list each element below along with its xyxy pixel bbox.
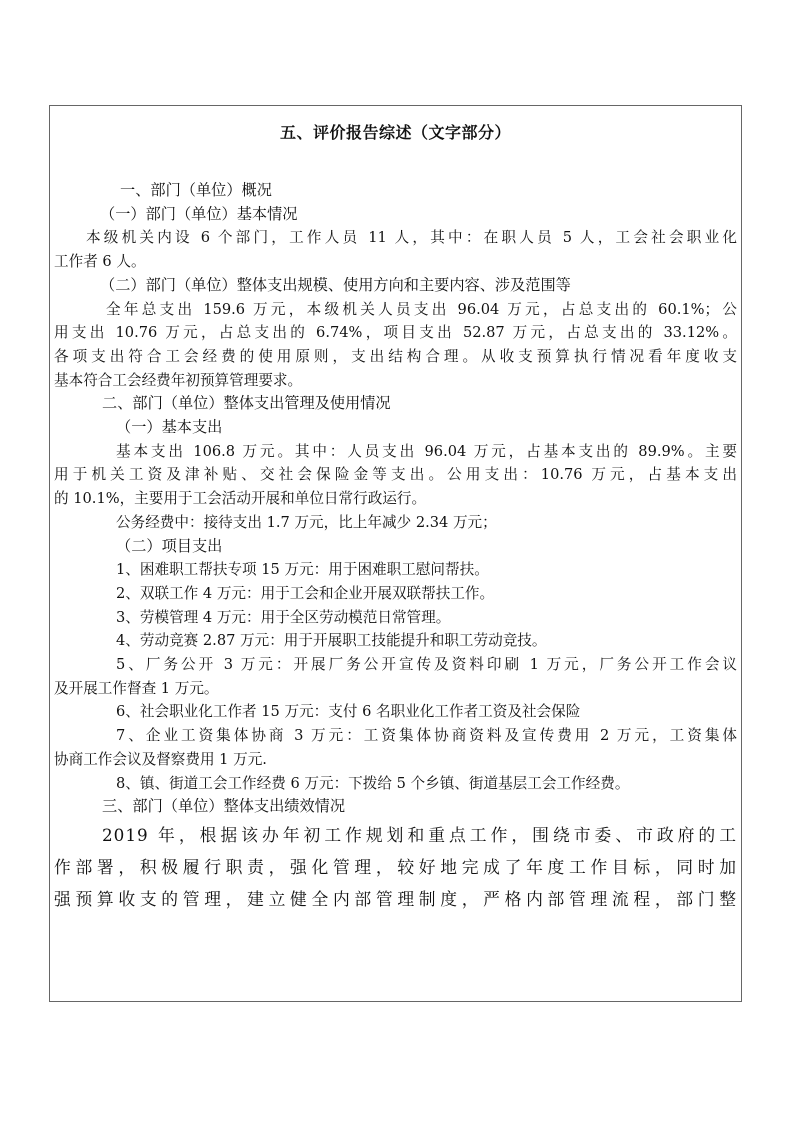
paragraph-line: 各项支出符合工会经费的使用原则，支出结构合理。从收支预算执行情况看年度收支 [54, 345, 737, 369]
paragraph-line: 强预算收支的管理，建立健全内部管理制度，严格内部管理流程，部门整 [54, 883, 737, 915]
paragraph-line: 基本支出 106.8 万元。其中：人员支出 96.04 万元，占基本支出的 89… [54, 440, 737, 464]
paragraph-line: 公务经费中：接待支出 1.7 万元，比上年减少 2.34 万元； [54, 511, 737, 535]
list-item: 1、困难职工帮扶专项 15 万元：用于困难职工慰问帮扶。 [54, 558, 737, 582]
list-item: 8、镇、街道工会工作经费 6 万元：下拨给 5 个乡镇、街道基层工会工作经费。 [54, 772, 737, 796]
list-item: 3、劳模管理 4 万元：用于全区劳动模范日常管理。 [54, 606, 737, 630]
paragraph-line: 工作者 6 人。 [54, 250, 737, 274]
subsection-heading-basic-info: （一）部门（单位）基本情况 [54, 203, 737, 227]
section-heading-management: 二、部门（单位）整体支出管理及使用情况 [54, 392, 737, 416]
page-title: 五、评价报告综述（文字部分） [50, 120, 741, 143]
paragraph-line: 用支出 10.76 万元，占总支出的 6.74%，项目支出 52.87 万元，占… [54, 321, 737, 345]
section-heading-overview: 一、部门（单位）概况 [54, 179, 737, 203]
list-item: 4、劳动竞赛 2.87 万元：用于开展职工技能提升和职工劳动竞技。 [54, 629, 737, 653]
list-item: 7、企业工资集体协商 3 万元：工资集体协商资料及宣传费用 2 万元，工资集体 [54, 724, 737, 748]
list-item-continuation: 及开展工作督查 1 万元。 [54, 677, 737, 701]
report-body: 一、部门（单位）概况 （一）部门（单位）基本情况 本级机关内设 6 个部门，工作… [50, 179, 741, 915]
paragraph-line: 作部署，积极履行职责，强化管理，较好地完成了年度工作目标，同时加 [54, 851, 737, 883]
paragraph-line: 基本符合工会经费年初预算管理要求。 [54, 369, 737, 393]
subsection-heading-basic-expenditure: （一）基本支出 [54, 416, 737, 440]
paragraph-line: 用于机关工资及津补贴、交社会保险金等支出。公用支出：10.76 万元，占基本支出 [54, 463, 737, 487]
list-item: 5、厂务公开 3 万元：开展厂务公开宣传及资料印刷 1 万元，厂务公开工作会议 [54, 653, 737, 677]
subsection-heading-project-expenditure: （二）项目支出 [54, 535, 737, 559]
list-item-continuation: 协商工作会议及督察费用 1 万元. [54, 748, 737, 772]
paragraph-line: 本级机关内设 6 个部门，工作人员 11 人，其中：在职人员 5 人，工会社会职… [54, 226, 737, 250]
subsection-heading-expenditure-scale: （二）部门（单位）整体支出规模、使用方向和主要内容、涉及范围等 [54, 274, 737, 298]
paragraph-line: 2019 年，根据该办年初工作规划和重点工作，围绕市委、市政府的工 [54, 819, 737, 851]
list-item: 2、双联工作 4 万元：用于工会和企业开展双联帮扶工作。 [54, 582, 737, 606]
paragraph-line: 全年总支出 159.6 万元，本级机关人员支出 96.04 万元，占总支出的 6… [54, 298, 737, 322]
section-heading-performance: 三、部门（单位）整体支出绩效情况 [54, 795, 737, 819]
list-item: 6、社会职业化工作者 15 万元：支付 6 名职业化工作者工资及社会保险 [54, 700, 737, 724]
report-summary-box: 五、评价报告综述（文字部分） 一、部门（单位）概况 （一）部门（单位）基本情况 … [49, 105, 742, 1002]
paragraph-line: 的 10.1%，主要用于工会活动开展和单位日常行政运行。 [54, 487, 737, 511]
